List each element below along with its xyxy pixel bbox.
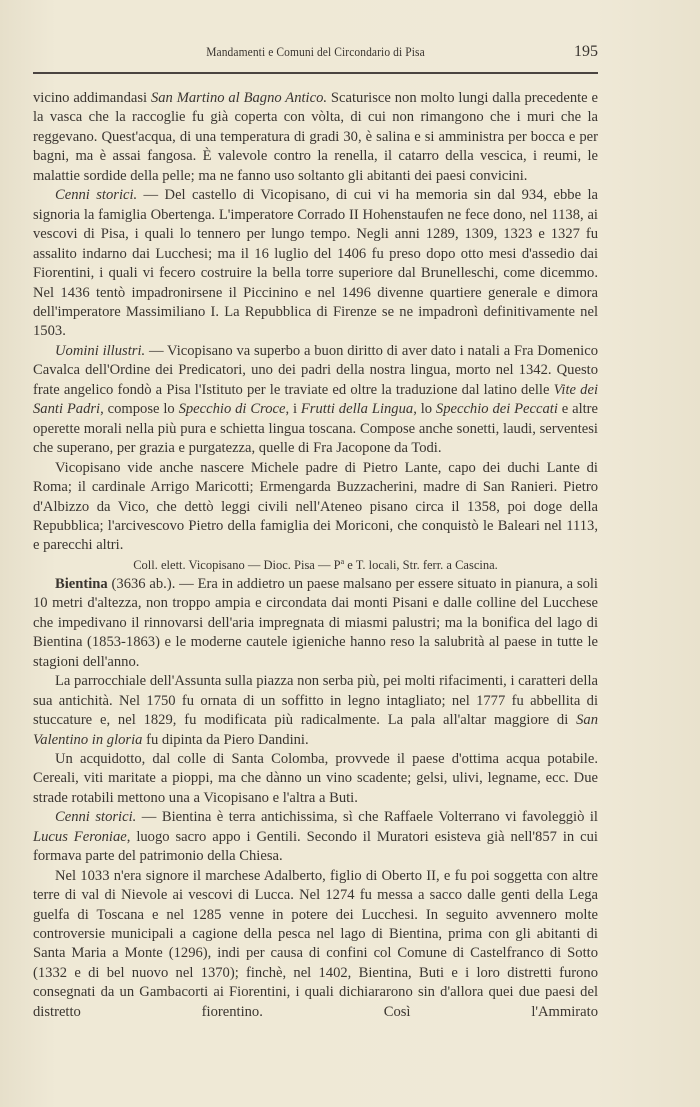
body-text: vicino addimandasi San Martino al Bagno … xyxy=(33,89,598,1022)
page-number: 195 xyxy=(574,43,598,61)
book-page: Mandamenti e Comuni del Circondario di P… xyxy=(0,0,700,1107)
section-label: Cenni storici. xyxy=(55,809,136,825)
paragraph-cenni-storici-vicopisano: Cenni storici. — Del castello di Vicopis… xyxy=(33,186,598,342)
paragraph-uomini-illustri: Uomini illustri. — Vicopisano va superbo… xyxy=(33,342,598,459)
paragraph-bientina-history: Nel 1033 n'era signore il marchese Adalb… xyxy=(33,867,598,1023)
section-label: Uomini illustri. xyxy=(55,343,145,359)
paragraph-cenni-storici-bientina: Cenni storici. — Bientina è terra antich… xyxy=(33,808,598,866)
entry-heading-bientina: Bientina xyxy=(55,576,108,592)
paragraph-bientina-intro: Bientina (3636 ab.). — Era in addietro u… xyxy=(33,575,598,672)
paragraph-parrocchiale: La parrocchiale dell'Assunta sulla piazz… xyxy=(33,672,598,750)
collegio-info-line: Coll. elett. Vicopisano — Dioc. Pisa — P… xyxy=(33,556,598,575)
paragraph-acquidotto: Un acquidotto, dal colle di Santa Colomb… xyxy=(33,750,598,808)
running-title: Mandamenti e Comuni del Circondario di P… xyxy=(56,45,576,60)
section-label: Cenni storici. xyxy=(55,187,137,203)
running-head: Mandamenti e Comuni del Circondario di P… xyxy=(33,43,598,63)
paragraph-vicopisano-natives: Vicopisano vide anche nascere Michele pa… xyxy=(33,459,598,556)
header-rule xyxy=(33,72,598,74)
paragraph-bagno-antico: vicino addimandasi San Martino al Bagno … xyxy=(33,89,598,186)
